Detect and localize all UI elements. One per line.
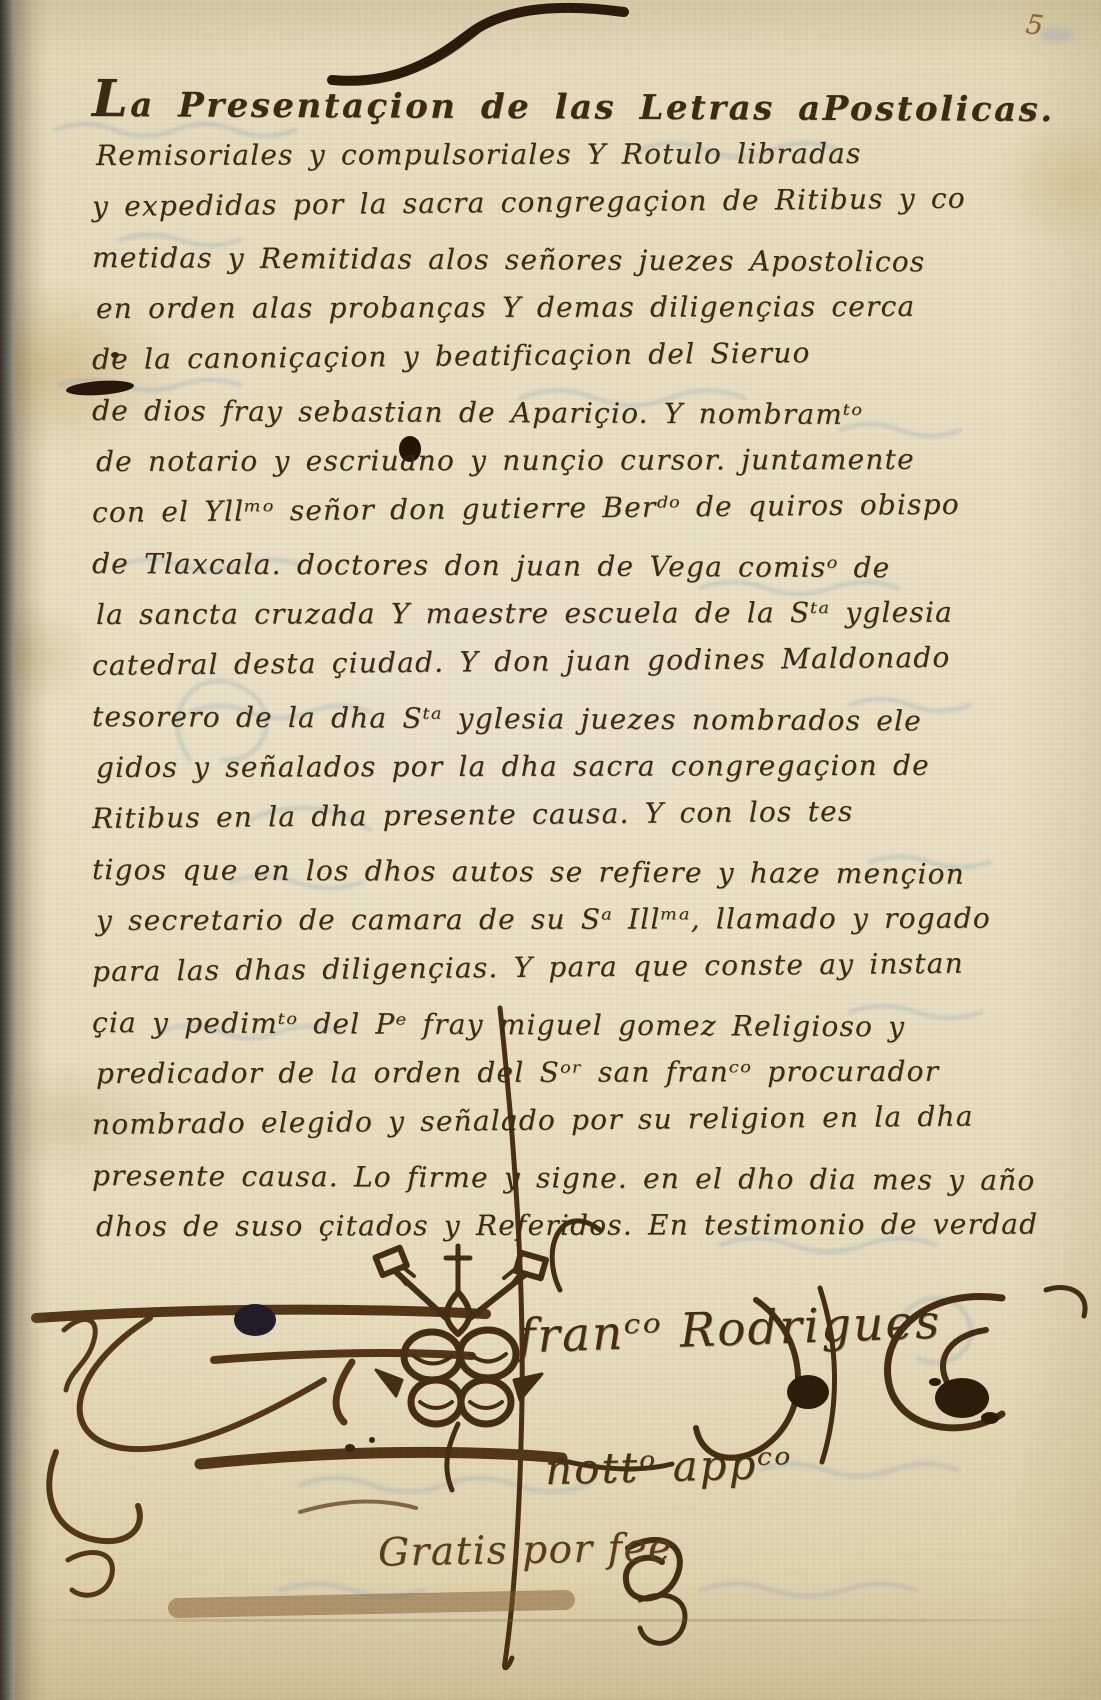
notary-signature-title: nottᵒ appᶜᵒ: [544, 1439, 793, 1494]
binding-edge: [0, 0, 15, 1700]
manuscript-line: metidas y Remitidas alos señores juezes …: [92, 232, 1010, 288]
ink-smear: [178, 1600, 565, 1608]
paper-crease: [0, 1619, 1101, 1622]
manuscript-line: y expedidas por la sacra congregaçion de…: [92, 172, 1010, 232]
manuscript-page: 5 La Presentaçion de las Letras aPostoli…: [0, 0, 1101, 1700]
binding-crease: [15, 0, 49, 1700]
manuscript-line: de dios fray sebastian de Apariçio. Y no…: [92, 385, 1010, 441]
manuscript-line: çia y pedimᵗᵒ del Pᵉ fray miguel gomez R…: [92, 997, 1010, 1053]
manuscript-line: nombrado elegido y señalado por su relig…: [92, 1090, 1010, 1150]
manuscript-line: La Presentaçion de las Letras aPostolica…: [92, 70, 1010, 135]
gratis-annotation: Gratis por fee: [378, 1525, 673, 1575]
manuscript-line: de la canoniçaçion y beatificaçion del S…: [92, 325, 1010, 385]
notary-signature-name: franᶜᵒ Rodrigues: [517, 1295, 942, 1365]
manuscript-line: de Tlaxcala. doctores don juan de Vega c…: [92, 538, 1010, 594]
manuscript-line: presente causa. Lo firme y signe. en el …: [92, 1150, 1010, 1206]
manuscript-line: dhos de suso çitados y Referidos. En tes…: [96, 1199, 1014, 1252]
manuscript-line: catedral desta çiudad. Y don juan godine…: [92, 631, 1010, 691]
manuscript-line: Ritibus en la dha presente causa. Y con …: [92, 784, 1010, 844]
manuscript-line: para las dhas diligençias. Y para que co…: [92, 937, 1010, 997]
notarial-sign-icon: [376, 1246, 546, 1490]
manuscript-line: con el Yllᵐᵒ señor don gutierre Berᵈᵒ de…: [92, 478, 1010, 538]
folio-smudge: [1040, 28, 1074, 42]
manuscript-text-block: La Presentaçion de las Letras aPostolica…: [92, 70, 1010, 1252]
signature-rubric: [552, 1221, 1085, 1643]
manuscript-line: tigos que en los dhos autos se refiere y…: [92, 844, 1010, 900]
manuscript-line: tesorero de la dha Sᵗᵃ yglesia juezes no…: [92, 691, 1010, 747]
